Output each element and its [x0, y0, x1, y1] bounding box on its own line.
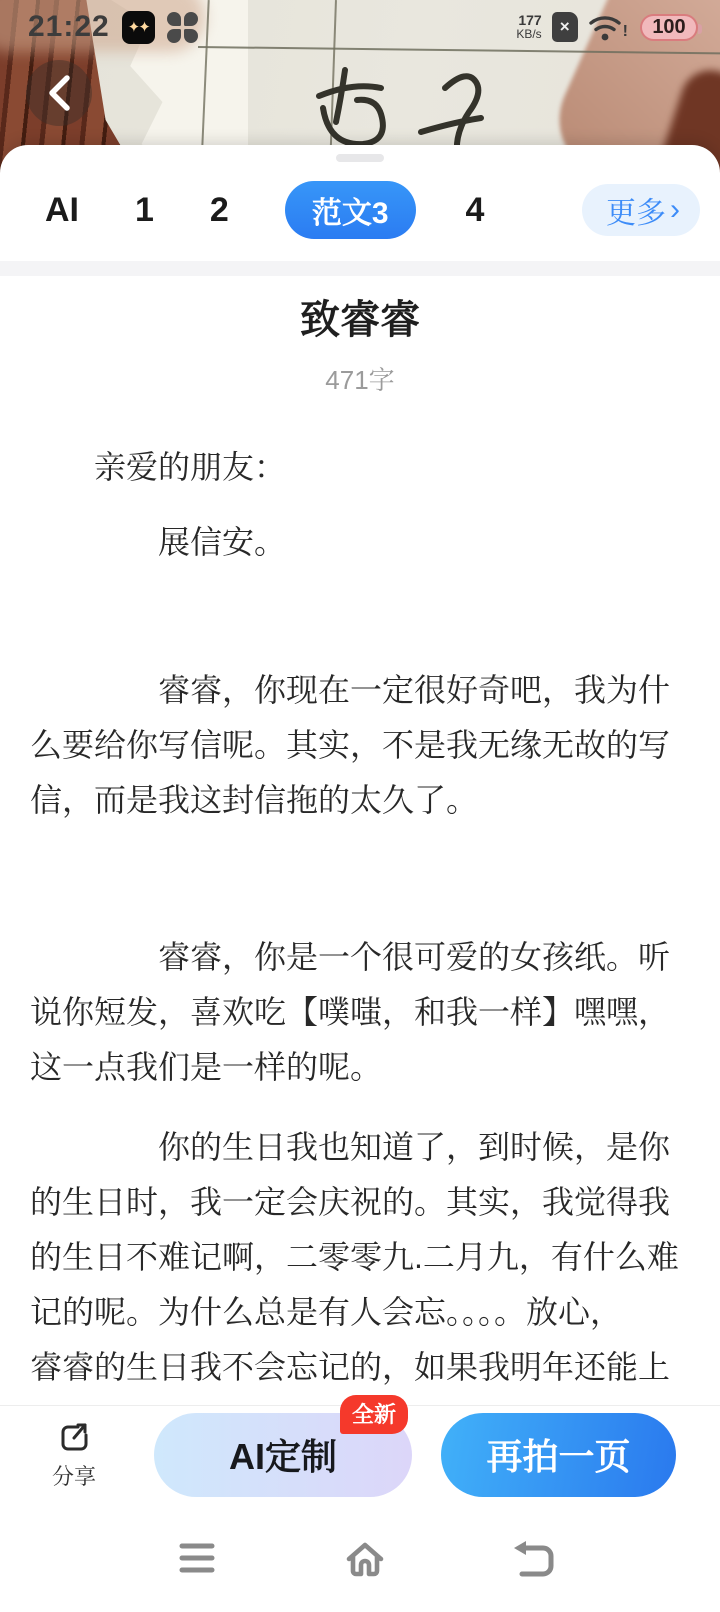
- wifi-alert-mark: !: [623, 23, 628, 41]
- more-button[interactable]: 更多 ›: [582, 184, 700, 236]
- letter-paragraph: 睿睿，你是一个很可爱的女孩纸。听说你短发，喜欢吃【噗嗤，和我一样】嘿嘿，这一点我…: [30, 930, 690, 1095]
- screen: 21:22 ✦✦ 177 KB/s × !: [0, 0, 720, 1612]
- sparkle-notification-icon: ✦✦: [122, 11, 155, 44]
- sim-card-icon: ×: [552, 12, 578, 42]
- letter-line: 信，而是我这封信拖的太久了。: [30, 773, 690, 828]
- letter-paragraph: 睿睿，你现在一定很好奇吧，我为什么要给你写信呢。其实，不是我无缘无故的写信，而是…: [30, 663, 690, 828]
- menu-icon: [178, 1541, 216, 1575]
- letter-line: 睿睿，你现在一定很好奇吧，我为什: [30, 663, 690, 718]
- return-arrow-icon: [512, 1541, 556, 1579]
- word-count: 471字: [8, 360, 712, 397]
- chevron-right-icon: ›: [670, 193, 680, 227]
- letter-line: 你的生日我也知道了，到时候，是你: [30, 1120, 690, 1175]
- letter-line: 么要给你写信呢。其实，不是我无缘无故的写: [30, 718, 690, 773]
- tab-2[interactable]: 2: [210, 191, 229, 230]
- wifi-icon: !: [588, 13, 628, 41]
- flower-notification-icon: [167, 12, 198, 43]
- tab-AI[interactable]: AI: [45, 191, 79, 230]
- tab-范文3[interactable]: 范文3: [285, 181, 416, 239]
- retake-label: 再拍一页: [486, 1436, 630, 1477]
- system-nav-bar: [0, 1503, 720, 1612]
- share-label: 分享: [52, 1460, 96, 1491]
- letter-paragraph: 你的生日我也知道了，到时候，是你的生日时，我一定会庆祝的。其实，我觉得我的生日不…: [30, 1120, 690, 1395]
- tab-bar: AI12范文34 更多 ›: [0, 145, 720, 261]
- result-sheet: AI12范文34 更多 › 致睿睿 471字 亲爱的朋友：展信安。睿睿，你现在一…: [0, 145, 720, 1612]
- status-bar: 21:22 ✦✦ 177 KB/s × !: [0, 0, 720, 48]
- letter-paragraph: 展信安。: [30, 515, 690, 570]
- clock: 21:22: [28, 10, 110, 44]
- recents-button[interactable]: [178, 1541, 216, 1580]
- home-button[interactable]: [344, 1541, 386, 1584]
- letter-paragraph: 亲爱的朋友：: [30, 440, 690, 495]
- letter-line: 睿睿的生日我不会忘记的，如果我明年还能上: [30, 1340, 690, 1395]
- letter-line: 这一点我们是一样的呢。: [30, 1040, 690, 1095]
- share-button[interactable]: 分享: [52, 1418, 96, 1491]
- letter-line: 亲爱的朋友：: [30, 440, 690, 495]
- ai-custom-button[interactable]: AI定制 全新: [154, 1413, 412, 1497]
- letter-body: 亲爱的朋友：展信安。睿睿，你现在一定很好奇吧，我为什么要给你写信呢。其实，不是我…: [8, 440, 712, 1395]
- nav-back-button[interactable]: [512, 1541, 556, 1584]
- document-title: 致睿睿: [8, 294, 712, 346]
- letter-line: 的生日不难记啊，二零零九.二月九，有什么难: [30, 1230, 690, 1285]
- drag-handle[interactable]: [336, 154, 384, 162]
- retake-page-button[interactable]: 再拍一页: [441, 1413, 676, 1497]
- letter-line: 展信安。: [30, 515, 690, 570]
- letter-line: 的生日时，我一定会庆祝的。其实，我觉得我: [30, 1175, 690, 1230]
- battery-indicator: 100: [640, 14, 698, 41]
- back-button[interactable]: [26, 60, 92, 126]
- share-icon: [54, 1418, 94, 1458]
- action-bar: 分享 AI定制 全新 再拍一页: [0, 1405, 720, 1503]
- section-divider: [0, 261, 720, 276]
- chevron-left-icon: [46, 73, 72, 113]
- letter-line: 说你短发，喜欢吃【噗嗤，和我一样】嘿嘿，: [30, 985, 690, 1040]
- network-speed: 177 KB/s: [516, 13, 541, 41]
- ai-custom-label: AI定制: [229, 1436, 337, 1477]
- letter-line: 记的呢。为什么总是有人会忘。。。。放心，: [30, 1285, 690, 1340]
- home-icon: [344, 1541, 386, 1579]
- tab-1[interactable]: 1: [135, 191, 154, 230]
- tab-4[interactable]: 4: [466, 191, 485, 230]
- letter-line: 睿睿，你是一个很可爱的女孩纸。听: [30, 930, 690, 985]
- new-badge: 全新: [340, 1395, 408, 1434]
- more-label: 更多: [606, 188, 666, 232]
